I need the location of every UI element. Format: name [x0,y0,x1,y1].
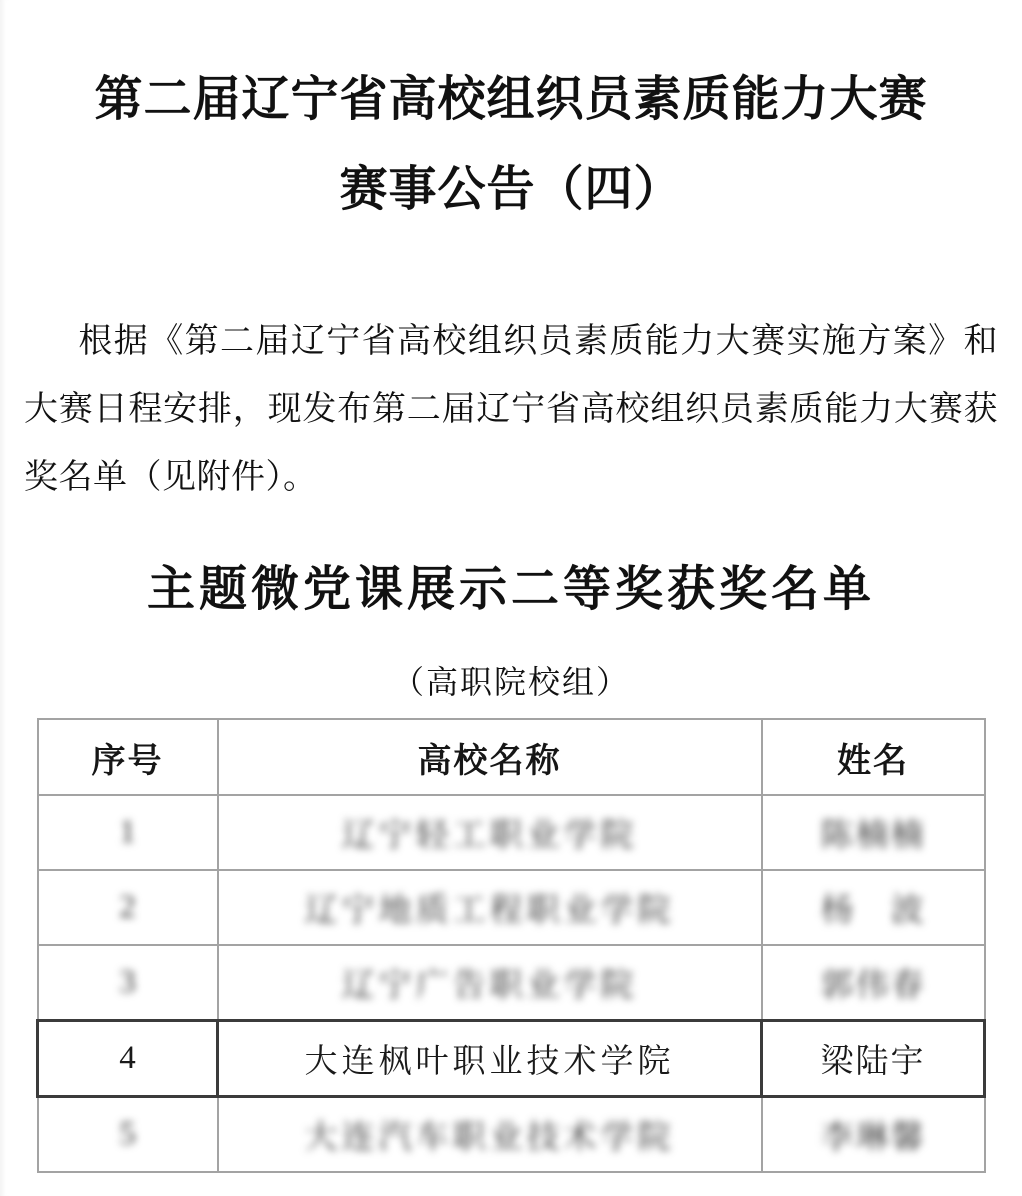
page-title: 第二届辽宁省高校组织员素质能力大赛 赛事公告（四） [0,0,1022,220]
name-cell: 陈楠楠 [762,795,985,870]
column-header-school: 高校名称 [218,719,762,795]
name-cell: 杨 波 [762,870,985,945]
table-row: 1辽宁轻工职业学院陈楠楠 [38,795,985,870]
name-cell: 李琳馨 [762,1097,985,1173]
table-row: 5大连汽车职业技术学院李琳馨 [38,1097,985,1173]
table-row: 3辽宁广告职业学院郭伟春 [38,945,985,1021]
no-cell: 1 [38,795,218,870]
section-subtitle: （高职院校组） [0,662,1022,702]
page-title-line1: 第二届辽宁省高校组织员素质能力大赛 [0,70,1022,130]
no-cell: 5 [38,1097,218,1173]
redacted-text: 2 [119,889,136,925]
table-row: 2辽宁地质工程职业学院杨 波 [38,870,985,945]
redacted-text: 辽宁广告职业学院 [342,968,638,1004]
name-cell: 郭伟春 [762,945,985,1021]
school-cell: 辽宁地质工程职业学院 [218,870,762,945]
cell-text: 4 [119,1040,136,1076]
winners-table: 序号 高校名称 姓名 1辽宁轻工职业学院陈楠楠2辽宁地质工程职业学院杨 波3辽宁… [36,718,986,1173]
table-row: 4大连枫叶职业技术学院梁陆宇 [38,1021,985,1097]
intro-paragraph: 根据《第二届辽宁省高校组织员素质能力大赛实施方案》和大赛日程安排，现发布第二届辽… [24,308,998,512]
redacted-text: 辽宁地质工程职业学院 [305,893,675,929]
school-cell: 辽宁轻工职业学院 [218,795,762,870]
column-header-name: 姓名 [762,719,985,795]
no-cell: 3 [38,945,218,1021]
redacted-text: 李琳馨 [821,1120,926,1156]
table-header-row: 序号 高校名称 姓名 [38,719,985,795]
school-cell: 大连汽车职业技术学院 [218,1097,762,1173]
redacted-text: 陈楠楠 [821,818,926,854]
redacted-text: 杨 波 [821,893,926,929]
section-title: 主题微党课展示二等奖获奖名单 [0,560,1022,620]
cell-text: 大连枫叶职业技术学院 [305,1044,675,1080]
redacted-text: 5 [119,1116,136,1152]
school-cell: 辽宁广告职业学院 [218,945,762,1021]
page-title-line2: 赛事公告（四） [0,160,1022,220]
redacted-text: 大连汽车职业技术学院 [305,1120,675,1156]
redacted-text: 1 [119,814,136,850]
redacted-text: 辽宁轻工职业学院 [342,818,638,854]
cell-text: 梁陆宇 [821,1044,926,1080]
school-cell: 大连枫叶职业技术学院 [218,1021,762,1097]
column-header-no: 序号 [38,719,218,795]
redacted-text: 郭伟春 [821,968,926,1004]
no-cell: 4 [38,1021,218,1097]
name-cell: 梁陆宇 [762,1021,985,1097]
document-page: 第二届辽宁省高校组织员素质能力大赛 赛事公告（四） 根据《第二届辽宁省高校组织员… [0,0,1022,1196]
redacted-text: 3 [119,964,136,1000]
no-cell: 2 [38,870,218,945]
